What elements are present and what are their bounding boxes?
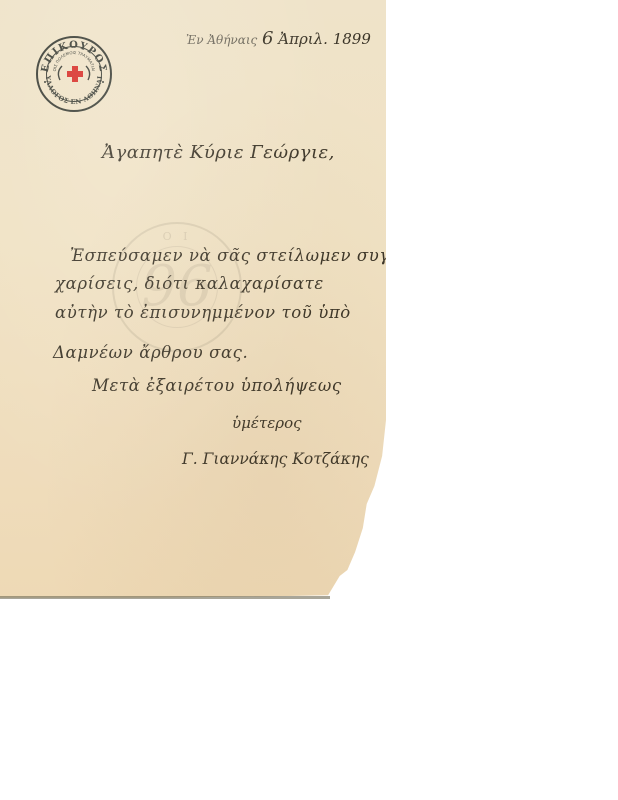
- dateline: Ἐν Ἀθήναις 6 Ἀπριλ. 1899: [186, 28, 371, 49]
- red-cross-icon: [67, 66, 83, 82]
- dateline-place: Ἐν Ἀθήναις: [186, 33, 257, 47]
- dateline-month: Ἀπριλ.: [278, 30, 328, 48]
- scanned-page: ΕΠΙΚΟΥΡΟΣ ΤΟΙΣ ΠΟΛΕΜΟΙΣ ΤΡΑΥΜΑΤΙΑΙΣ ΣΥΛΛ…: [0, 0, 618, 800]
- body-line: Δαμνέων ἄρθρου σας.: [53, 343, 248, 362]
- letter-paper: ΕΠΙΚΟΥΡΟΣ ΤΟΙΣ ΠΟΛΕΜΟΙΣ ΤΡΑΥΜΑΤΙΑΙΣ ΣΥΛΛ…: [0, 0, 386, 600]
- body-line: χαρίσεις, διότι καλαχαρίσατε: [55, 274, 324, 293]
- body-line: Ἐσπεύσαμεν νὰ σᾶς στείλωμεν συγ-: [70, 246, 396, 265]
- body-line: αὐτὴν τὸ ἐπισυνημμένον τοῦ ὑπὸ: [55, 303, 351, 322]
- watermark-label: Ο Ι: [114, 230, 240, 243]
- dateline-year: 1899: [333, 30, 371, 48]
- salutation: Ἀγαπητὲ Κύριε Γεώργιε,: [102, 142, 335, 163]
- signature: Γ. Γιαννάκης Κοτζάκης: [182, 450, 369, 468]
- letterhead-stamp: ΕΠΙΚΟΥΡΟΣ ΤΟΙΣ ΠΟΛΕΜΟΙΣ ΤΡΑΥΜΑΤΙΑΙΣ ΣΥΛΛ…: [36, 36, 112, 112]
- closing: ὑμέτερος: [232, 414, 302, 432]
- dateline-day: 6: [262, 28, 273, 49]
- body-line: Μετὰ ἐξαιρέτου ὑπολήψεως: [92, 376, 342, 395]
- paper-bottom-edge: [0, 596, 330, 599]
